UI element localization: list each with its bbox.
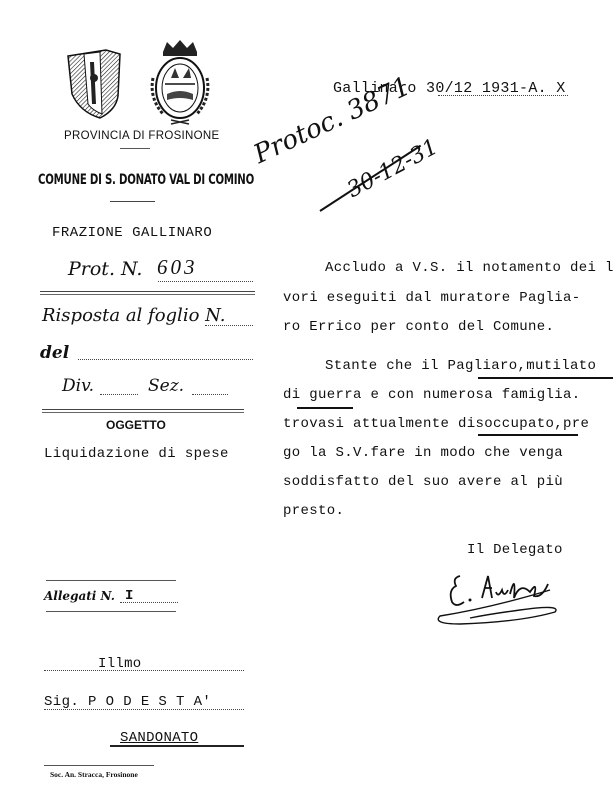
section-label: Sez. bbox=[148, 376, 184, 396]
body-line: vori eseguiti dal muratore Paglia- bbox=[283, 290, 581, 306]
municipal-coat-of-arms-icon bbox=[145, 38, 215, 126]
date-of-field-line bbox=[78, 359, 253, 360]
municipality-name: COMUNE DI S. DONATO VAL DI COMINO bbox=[38, 172, 254, 188]
handwritten-underline bbox=[478, 377, 613, 379]
body-line: di guerra e con numerosa famiglia. bbox=[283, 387, 581, 403]
recipient: Sig. P O D E S T A' bbox=[44, 694, 211, 710]
body-line: soddisfatto del suo avere al più bbox=[283, 474, 563, 490]
attachments-field-line bbox=[120, 602, 178, 603]
body-line: Stante che il Pagliaro,mutilato bbox=[325, 358, 596, 374]
date-of-label: del bbox=[40, 343, 69, 363]
reply-to-sheet-field-line bbox=[205, 325, 253, 326]
double-divider bbox=[40, 291, 255, 295]
reply-to-sheet-label: Risposta al foglio N. bbox=[42, 305, 225, 326]
divider bbox=[44, 765, 154, 766]
frazione-name: FRAZIONE GALLINARO bbox=[52, 225, 212, 241]
body-line: ro Errico per conto del Comune. bbox=[283, 319, 554, 335]
divider bbox=[120, 148, 150, 149]
handwritten-protocol-date: 30-12-31 bbox=[343, 135, 442, 203]
protocol-number-label: Prot. N. bbox=[68, 258, 142, 280]
subject-label: OGGETTO bbox=[106, 418, 166, 432]
handwritten-underline bbox=[297, 407, 353, 409]
section-field-line bbox=[192, 394, 228, 395]
body-line: Accludo a V.S. il notamento dei la- bbox=[325, 260, 613, 276]
body-line: trovasi attualmente disoccupato,pre bbox=[283, 416, 589, 432]
body-line: presto. bbox=[283, 503, 344, 519]
address-line bbox=[44, 709, 244, 710]
handwritten-underline bbox=[478, 434, 578, 436]
province-name: PROVINCIA DI FROSINONE bbox=[64, 130, 219, 142]
divider bbox=[46, 611, 176, 612]
divider bbox=[110, 201, 155, 202]
double-divider bbox=[42, 409, 244, 413]
divider bbox=[46, 580, 176, 581]
protocol-number-value: 603 bbox=[157, 255, 198, 280]
printer-credit: Soc. An. Stracca, Frosinone bbox=[50, 770, 138, 779]
body-line: go la S.V.fare in modo che venga bbox=[283, 445, 563, 461]
protocol-number-field-line bbox=[158, 281, 253, 282]
signatory-title: Il Delegato bbox=[467, 542, 563, 558]
recipient-town: SANDONATO bbox=[120, 730, 198, 746]
province-coat-of-arms-icon bbox=[66, 48, 122, 120]
subject-value: Liquidazione di spese bbox=[44, 446, 229, 462]
address-line bbox=[110, 745, 244, 747]
date-field-line bbox=[438, 95, 568, 96]
division-label: Div. bbox=[62, 376, 94, 396]
division-field-line bbox=[100, 394, 138, 395]
address-line bbox=[44, 670, 244, 671]
attachments-label: Allegati N. bbox=[44, 589, 115, 603]
handwritten-signature bbox=[430, 572, 580, 627]
handwritten-stroke bbox=[319, 145, 421, 212]
